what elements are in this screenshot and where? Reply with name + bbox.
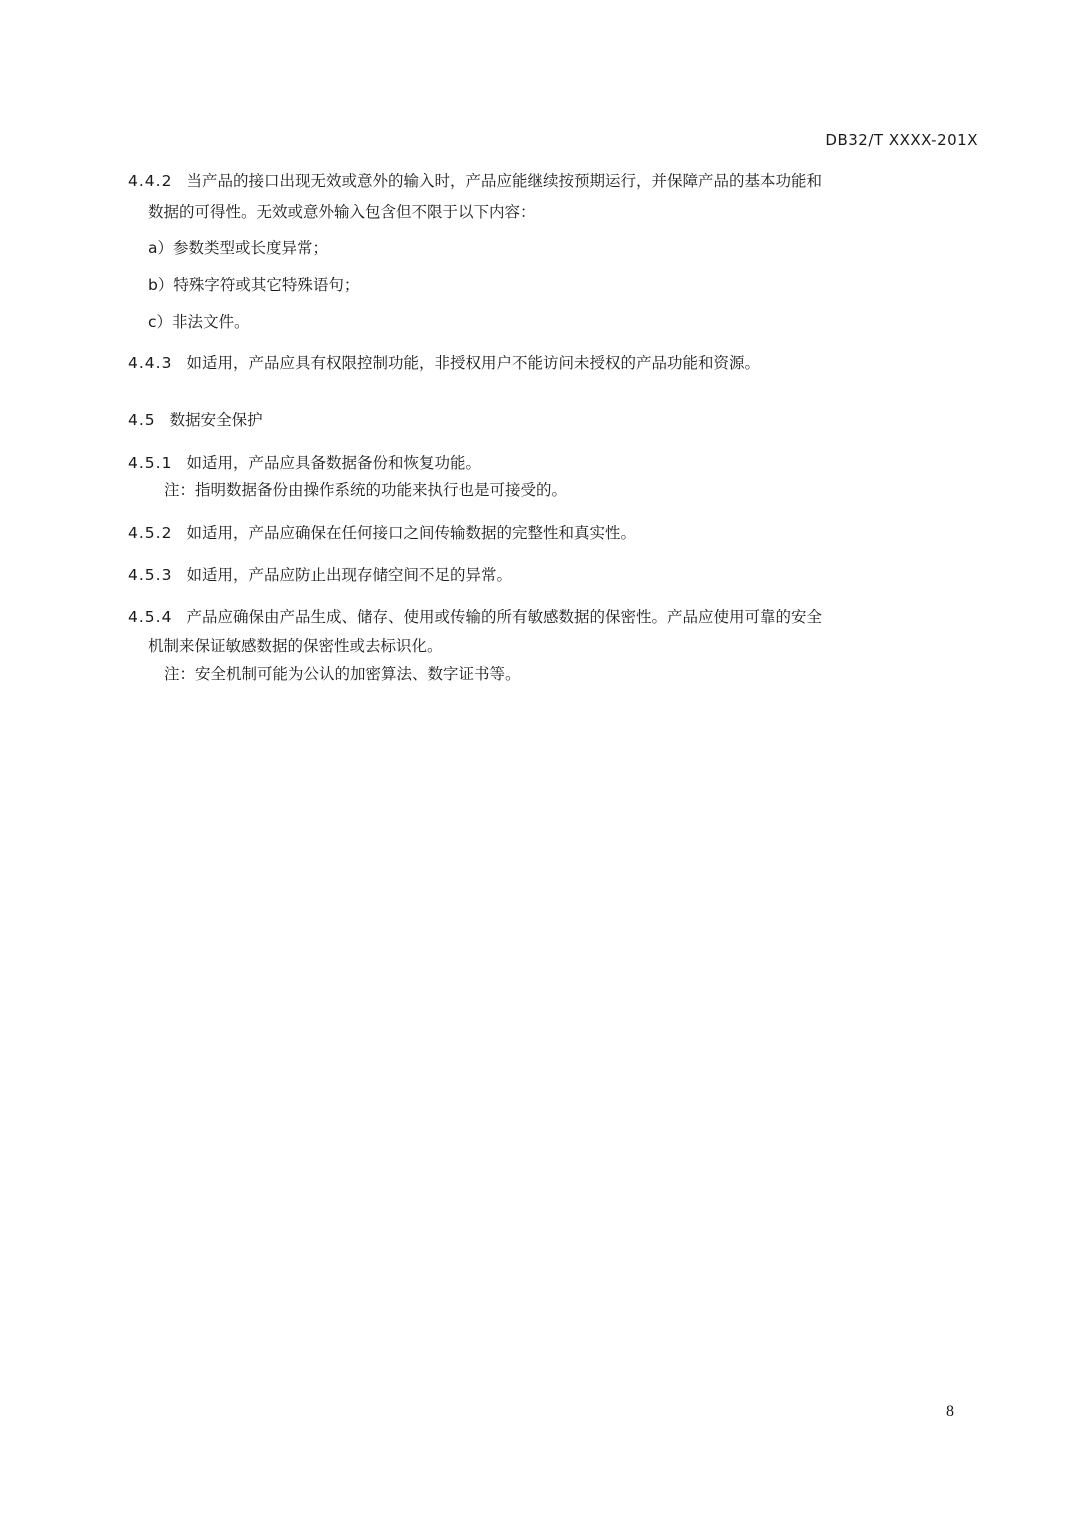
list-item-b: b）特殊字符或其它特殊语句； (148, 275, 359, 295)
list-item-a: a）参数类型或长度异常； (148, 238, 328, 258)
clause-text: 如适用，产品应确保在任何接口之间传输数据的完整性和真实性。 (186, 524, 636, 542)
clause-text: 当产品的接口出现无效或意外的输入时，产品应能继续按预期运行，并保障产品的基本功能… (186, 172, 822, 190)
clause-4-5-1: 4.5.1如适用，产品应具备数据备份和恢复功能。 (128, 453, 481, 473)
clause-text: 产品应确保由产品生成、储存、使用或传输的所有敏感数据的保密性。产品应使用可靠的安… (186, 608, 822, 626)
note-4-5-4: 注：安全机制可能为公认的加密算法、数字证书等。 (164, 664, 521, 684)
note-4-5-1: 注：指明数据备份由操作系统的功能来执行也是可接受的。 (164, 480, 567, 500)
clause-4-5-4: 4.5.4产品应确保由产品生成、储存、使用或传输的所有敏感数据的保密性。产品应使… (128, 607, 822, 627)
clause-4-4-3: 4.4.3如适用，产品应具有权限控制功能，非授权用户不能访问未授权的产品功能和资… (128, 353, 760, 373)
clause-text: 如适用，产品应防止出现存储空间不足的异常。 (186, 566, 512, 584)
clause-number: 4.4.2 (128, 171, 172, 191)
clause-number: 4.5.2 (128, 523, 172, 543)
clause-number: 4.4.3 (128, 353, 172, 373)
section-heading-4-5: 4.5数据安全保护 (128, 410, 263, 430)
clause-number: 4.5.1 (128, 453, 172, 473)
document-page: DB32/T XXXX-201X 4.4.2当产品的接口出现无效或意外的输入时，… (0, 0, 1080, 1527)
page-number: 8 (946, 1403, 954, 1421)
section-number: 4.5 (128, 410, 156, 430)
section-title: 数据安全保护 (170, 411, 263, 429)
clause-4-5-4-continuation: 机制来保证敏感数据的保密性或去标识化。 (148, 636, 443, 656)
clause-number: 4.5.4 (128, 607, 172, 627)
clause-text: 如适用，产品应具备数据备份和恢复功能。 (186, 454, 481, 472)
clause-4-5-3: 4.5.3如适用，产品应防止出现存储空间不足的异常。 (128, 565, 512, 585)
standard-code: DB32/T XXXX-201X (825, 131, 978, 149)
clause-text: 如适用，产品应具有权限控制功能，非授权用户不能访问未授权的产品功能和资源。 (186, 354, 760, 372)
clause-4-5-2: 4.5.2如适用，产品应确保在任何接口之间传输数据的完整性和真实性。 (128, 523, 636, 543)
list-item-c: c）非法文件。 (148, 312, 250, 332)
clause-4-4-2-continuation: 数据的可得性。无效或意外输入包含但不限于以下内容： (148, 202, 536, 222)
clause-number: 4.5.3 (128, 565, 172, 585)
clause-4-4-2: 4.4.2当产品的接口出现无效或意外的输入时，产品应能继续按预期运行，并保障产品… (128, 171, 822, 191)
